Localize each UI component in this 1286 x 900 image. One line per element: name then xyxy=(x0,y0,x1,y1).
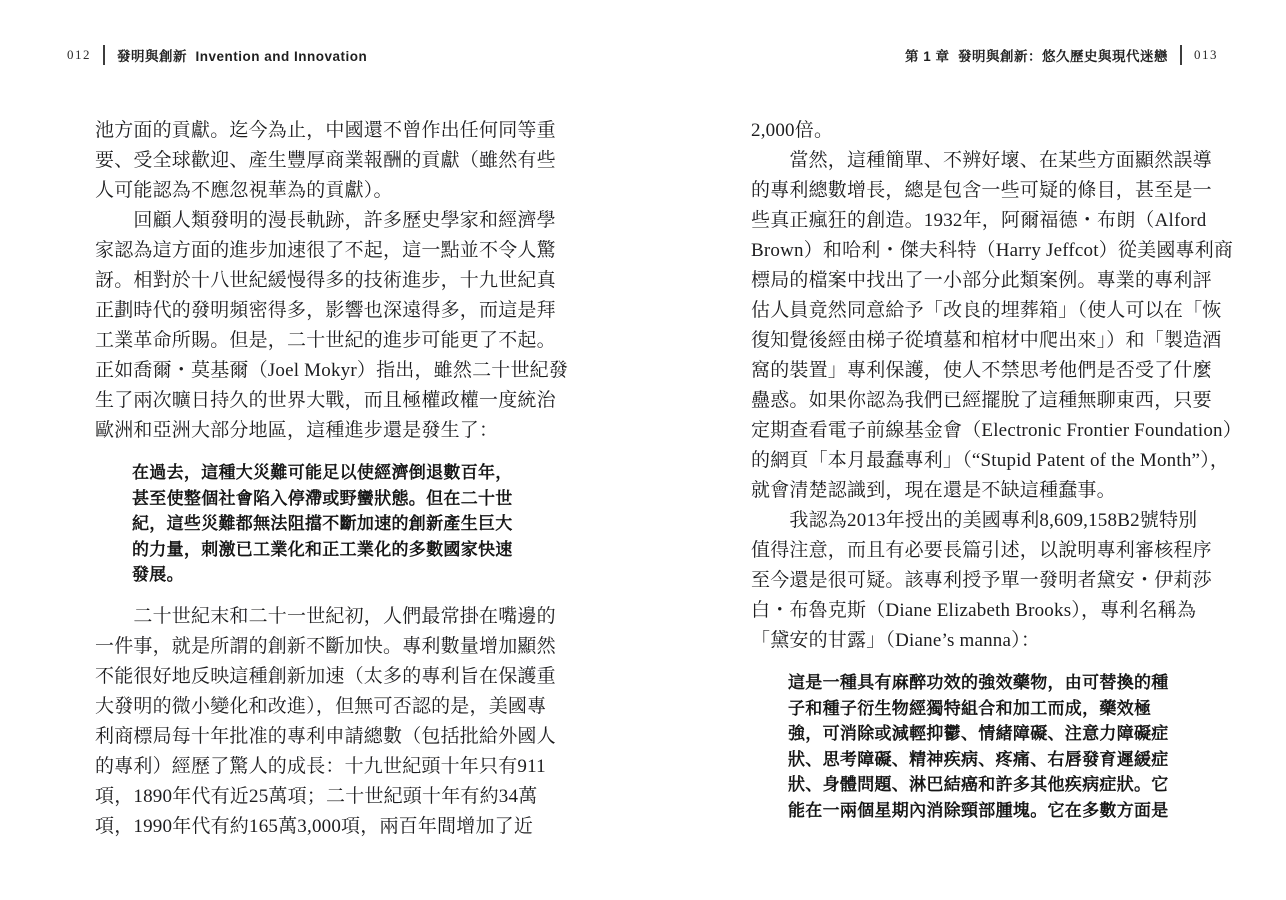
text-line: 家認為這方面的進步加速很了不起，這一點並不令人驚 xyxy=(95,236,553,266)
paragraph-block: 二十世紀末和二十一世紀初，人們最常掛在嘴邊的一件事，就是所謂的創新不斷加快。專利… xyxy=(95,602,553,842)
text-line: 利商標局每十年批准的專利申請總數（包括批給外國人 xyxy=(95,722,553,752)
text-line: 的專利）經歷了驚人的成長：十九世紀頭十年只有911 xyxy=(95,752,553,782)
right-page-number: 013 xyxy=(1194,47,1218,63)
text-line: 大發明的微小變化和改進），但無可否認的是，美國專 xyxy=(95,692,553,722)
text-line: 至今還是很可疑。該專利授予單一發明者黛安・伊莉莎 xyxy=(751,566,1209,596)
left-page-text-column: 池方面的貢獻。迄今為止，中國還不曾作出任何同等重要、受全球歡迎、產生豐厚商業報酬… xyxy=(95,116,553,842)
text-line: 狀、身體問題、淋巴結癌和許多其他疾病症狀。它 xyxy=(788,772,1174,798)
left-page-number: 012 xyxy=(67,47,91,63)
text-line: 要、受全球歡迎、產生豐厚商業報酬的貢獻（雖然有些 xyxy=(95,146,553,176)
text-line: 項，1990年代有約165萬3,000項，兩百年間增加了近 xyxy=(95,812,553,842)
text-line: 狀、思考障礙、精神疾病、疼痛、右唇發育遲緩症 xyxy=(788,747,1174,773)
paragraph-block: 池方面的貢獻。迄今為止，中國還不曾作出任何同等重要、受全球歡迎、產生豐厚商業報酬… xyxy=(95,116,553,446)
text-line: 二十世紀末和二十一世紀初，人們最常掛在嘴邊的 xyxy=(95,602,553,632)
text-line: 標局的檔案中找出了一小部分此類案例。專業的專利評 xyxy=(751,266,1209,296)
text-line: 定期查看電子前線基金會（Electronic Frontier Foundati… xyxy=(751,416,1209,446)
quote-block: 在過去，這種大災難可能足以使經濟倒退數百年，甚至使整個社會陷入停滯或野蠻狀態。但… xyxy=(132,460,518,588)
text-line: 值得注意，而且有必要長篇引述，以說明專利審核程序 xyxy=(751,536,1209,566)
text-line: 「黛安的甘露」（Diane’s manna）： xyxy=(751,626,1209,656)
text-line: 當然，這種簡單、不辨好壞、在某些方面顯然誤導 xyxy=(751,146,1209,176)
header-divider-bar xyxy=(103,45,105,65)
right-page-text-column: 2,000倍。 當然，這種簡單、不辨好壞、在某些方面顯然誤導的專利總數增長，總是… xyxy=(751,116,1209,837)
text-line: 強，可消除或減輕抑鬱、情緒障礙、注意力障礙症 xyxy=(788,721,1174,747)
book-spread: 012 發明與創新 Invention and Innovation 第 1 章… xyxy=(0,0,1286,900)
text-line: 歐洲和亞洲大部分地區，這種進步還是發生了： xyxy=(95,416,553,446)
text-line: 的力量，刺激已工業化和正工業化的多數國家快速 xyxy=(132,537,518,563)
text-line: 工業革命所賜。但是，二十世紀的進步可能更了不起。 xyxy=(95,326,553,356)
paragraph-block: 2,000倍。 當然，這種簡單、不辨好壞、在某些方面顯然誤導的專利總數增長，總是… xyxy=(751,116,1209,656)
text-line: 訝。相對於十八世紀緩慢得多的技術進步，十九世紀真 xyxy=(95,266,553,296)
text-line: 復知覺後經由梯子從墳墓和棺材中爬出來」）和「製造酒 xyxy=(751,326,1209,356)
text-line: 我認為2013年授出的美國專利8,609,158B2號特別 xyxy=(751,506,1209,536)
text-line: 一件事，就是所謂的創新不斷加快。專利數量增加顯然 xyxy=(95,632,553,662)
text-line: 的網頁「本月最蠢專利」（“Stupid Patent of the Month”… xyxy=(751,446,1209,476)
text-line: 些真正瘋狂的創造。1932年，阿爾福德・布朗（Alford xyxy=(751,206,1209,236)
text-line: 估人員竟然同意給予「改良的埋葬箱」（使人可以在「恢 xyxy=(751,296,1209,326)
text-line: 項，1890年代有近25萬項；二十世紀頭十年有約34萬 xyxy=(95,782,553,812)
text-line: 不能很好地反映這種創新加速（太多的專利旨在保護重 xyxy=(95,662,553,692)
text-line: 能在一兩個星期內消除頸部腫塊。它在多數方面是 xyxy=(788,798,1174,824)
right-running-header: 第 1 章 發明與創新：悠久歷史與現代迷戀 013 xyxy=(905,45,1218,65)
quote-block: 這是一種具有麻醉功效的強效藥物，由可替換的種子和種子衍生物經獨特組合和加工而成，… xyxy=(788,670,1174,823)
text-line: 回顧人類發明的漫長軌跡，許多歷史學家和經濟學 xyxy=(95,206,553,236)
text-line: 人可能認為不應忽視華為的貢獻）。 xyxy=(95,176,553,206)
text-line: 就會清楚認識到，現在還是不缺這種蠢事。 xyxy=(751,476,1209,506)
text-line: 甚至使整個社會陷入停滯或野蠻狀態。但在二十世 xyxy=(132,486,518,512)
text-line: 發展。 xyxy=(132,562,518,588)
text-line: 正如喬爾・莫基爾（Joel Mokyr）指出，雖然二十世紀發 xyxy=(95,356,553,386)
right-header-title: 第 1 章 發明與創新：悠久歷史與現代迷戀 xyxy=(905,45,1168,65)
text-line: 子和種子衍生物經獨特組合和加工而成，藥效極 xyxy=(788,696,1174,722)
text-line: 蠱惑。如果你認為我們已經擺脫了這種無聊東西，只要 xyxy=(751,386,1209,416)
text-line: 紀，這些災難都無法阻擋不斷加速的創新產生巨大 xyxy=(132,511,518,537)
text-line: 這是一種具有麻醉功效的強效藥物，由可替換的種 xyxy=(788,670,1174,696)
text-line: 窩的裝置」專利保護，使人不禁思考他們是否受了什麼 xyxy=(751,356,1209,386)
text-line: 在過去，這種大災難可能足以使經濟倒退數百年， xyxy=(132,460,518,486)
text-line: 2,000倍。 xyxy=(751,116,1209,146)
text-line: 白・布魯克斯（Diane Elizabeth Brooks），專利名稱為 xyxy=(751,596,1209,626)
text-line: Brown）和哈利・傑夫科特（Harry Jeffcot）從美國專利商 xyxy=(751,236,1209,266)
text-line: 的專利總數增長，總是包含一些可疑的條目，甚至是一 xyxy=(751,176,1209,206)
left-running-header: 012 發明與創新 Invention and Innovation xyxy=(67,45,367,65)
text-line: 生了兩次曠日持久的世界大戰，而且極權政權一度統治 xyxy=(95,386,553,416)
left-header-title: 發明與創新 Invention and Innovation xyxy=(117,45,367,65)
text-line: 正劃時代的發明頻密得多，影響也深遠得多，而這是拜 xyxy=(95,296,553,326)
text-line: 池方面的貢獻。迄今為止，中國還不曾作出任何同等重 xyxy=(95,116,553,146)
header-divider-bar xyxy=(1180,45,1182,65)
